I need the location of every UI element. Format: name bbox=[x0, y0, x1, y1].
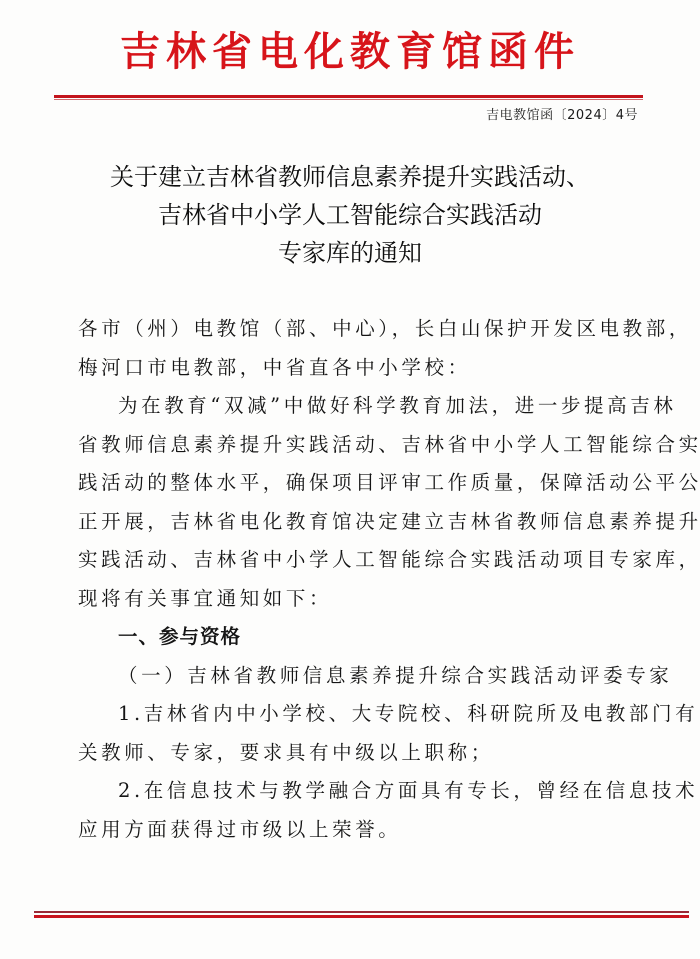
item-1-line-2: 关教师、专家，要求具有中级以上职称； bbox=[78, 734, 638, 773]
intro-line-4: 正开展，吉林省电化教育馆决定建立吉林省教师信息素养提升 bbox=[78, 503, 638, 542]
document-body: 各市（州）电教馆（部、中心），长白山保护开发区电教部， 梅河口市电教部，中省直各… bbox=[78, 310, 638, 849]
letterhead-title: 吉林省电化教育馆函件 bbox=[0, 26, 700, 78]
header-rule-thin bbox=[54, 99, 643, 100]
addressee-line-2: 梅河口市电教部，中省直各中小学校： bbox=[78, 349, 638, 388]
intro-line-5: 实践活动、吉林省中小学人工智能综合实践活动项目专家库， bbox=[78, 541, 638, 580]
item-1-line-1: 1.吉林省内中小学校、大专院校、科研院所及电教部门有 bbox=[78, 695, 638, 734]
header-rule-thick bbox=[54, 95, 643, 98]
notice-title-line-2: 吉林省中小学人工智能综合实践活动 bbox=[0, 196, 700, 234]
addressee-line-1: 各市（州）电教馆（部、中心），长白山保护开发区电教部， bbox=[78, 310, 638, 349]
notice-title-line-1: 关于建立吉林省教师信息素养提升实践活动、 bbox=[0, 158, 700, 196]
subsection-heading: （一）吉林省教师信息素养提升综合实践活动评委专家 bbox=[78, 657, 638, 696]
footer-rule-thin bbox=[34, 911, 689, 913]
item-2-line-1: 2.在信息技术与教学融合方面具有专长，曾经在信息技术 bbox=[78, 772, 638, 811]
document-number: 吉电教馆函〔2024〕4号 bbox=[486, 104, 638, 123]
section-heading: 一、参与资格 bbox=[78, 618, 638, 657]
intro-line-1: 为在教育“双减”中做好科学教育加法，进一步提高吉林 bbox=[78, 387, 638, 426]
notice-title-line-3: 专家库的通知 bbox=[0, 234, 700, 272]
intro-line-3: 践活动的整体水平，确保项目评审工作质量，保障活动公平公 bbox=[78, 464, 638, 503]
footer-red-rule bbox=[34, 911, 689, 919]
intro-line-6: 现将有关事宜通知如下： bbox=[78, 580, 638, 619]
footer-rule-thick bbox=[34, 915, 689, 918]
notice-title: 关于建立吉林省教师信息素养提升实践活动、 吉林省中小学人工智能综合实践活动 专家… bbox=[0, 158, 700, 272]
item-2-line-2: 应用方面获得过市级以上荣誉。 bbox=[78, 811, 638, 850]
header-red-rule bbox=[54, 95, 643, 100]
intro-line-2: 省教师信息素养提升实践活动、吉林省中小学人工智能综合实 bbox=[78, 426, 638, 465]
